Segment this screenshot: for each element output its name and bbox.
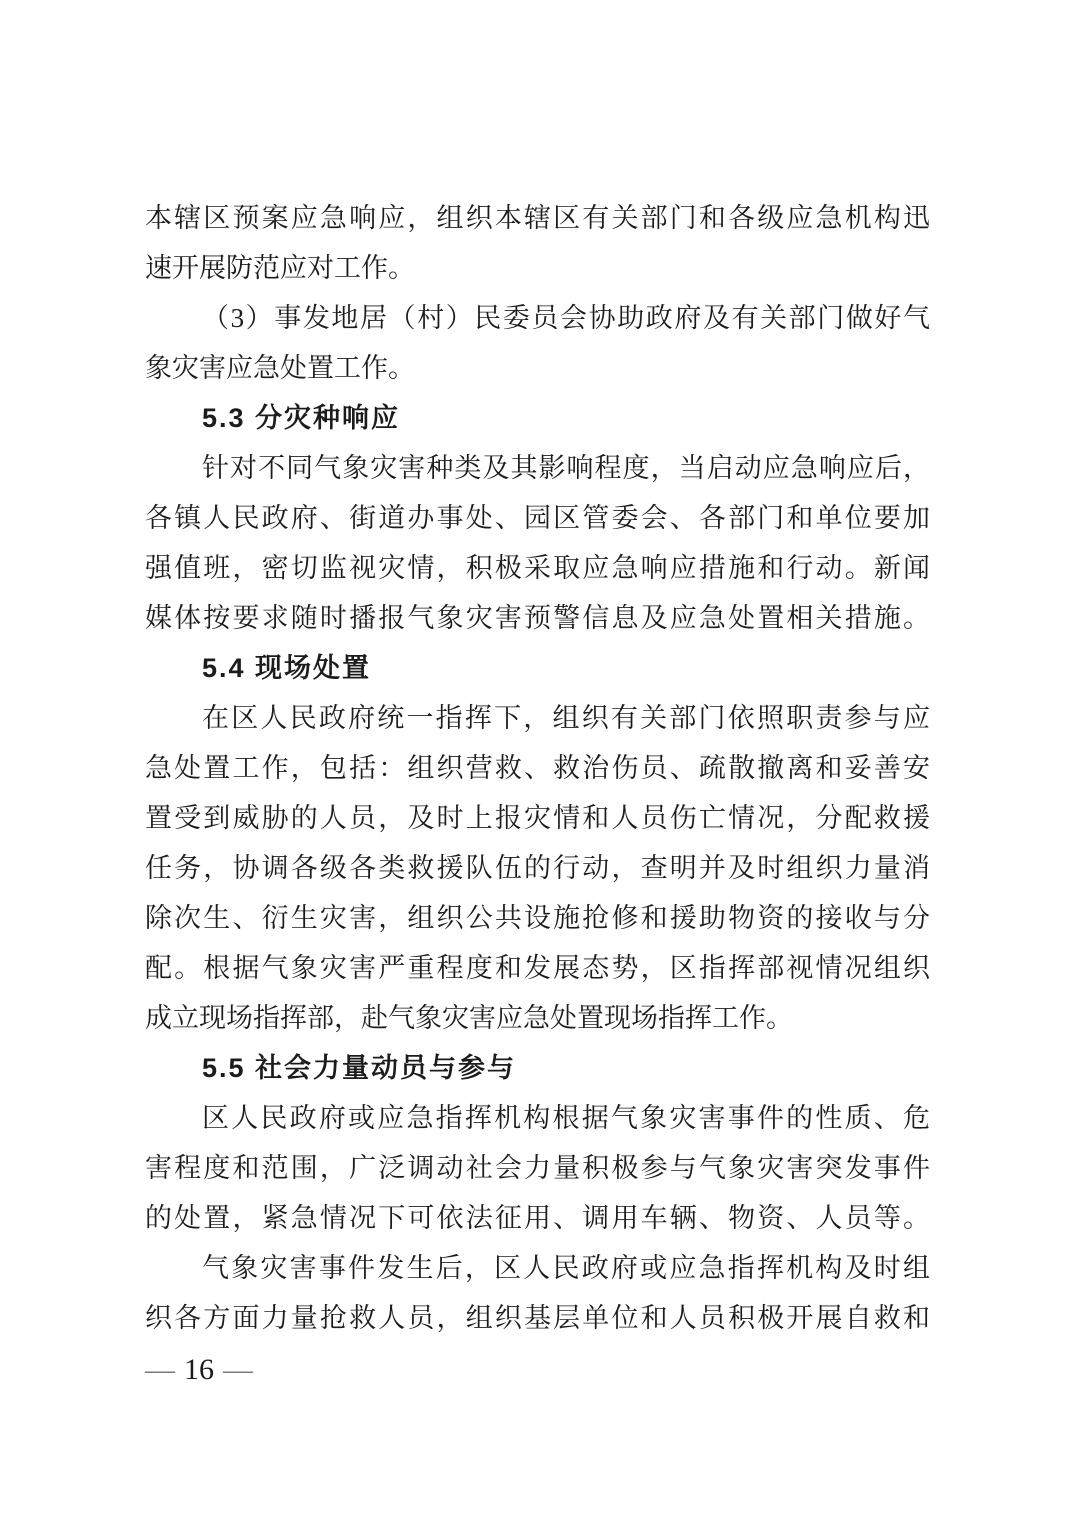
text-line: 各镇人民政府、街道办事处、园区管委会、各部门和单位要加 <box>145 493 930 543</box>
page-body: 本辖区预案应急响应，组织本辖区有关部门和各级应急机构迅 速开展防范应对工作。 （… <box>145 193 930 1343</box>
text-line: 象灾害应急处置工作。 <box>145 343 930 393</box>
text-line: 成立现场指挥部，赴气象灾害应急处置现场指挥工作。 <box>145 993 930 1043</box>
text-line: 速开展防范应对工作。 <box>145 243 930 293</box>
text-line: 本辖区预案应急响应，组织本辖区有关部门和各级应急机构迅 <box>145 193 930 243</box>
text-line: 强值班，密切监视灾情，积极采取应急响应措施和行动。新闻 <box>145 543 930 593</box>
page-footer: — 16 — <box>145 1350 253 1390</box>
text-line: （3）事发地居（村）民委员会协助政府及有关部门做好气 <box>145 293 930 343</box>
text-line: 织各方面力量抢救人员，组织基层单位和人员积极开展自救和 <box>145 1293 930 1343</box>
text-line: 配。根据气象灾害严重程度和发展态势，区指挥部视情况组织 <box>145 943 930 993</box>
text-line: 任务，协调各级各类救援队伍的行动，查明并及时组织力量消 <box>145 843 930 893</box>
footer-dash-left: — <box>145 1350 175 1390</box>
text-line: 在区人民政府统一指挥下，组织有关部门依照职责参与应 <box>145 693 930 743</box>
text-line: 的处置，紧急情况下可依法征用、调用车辆、物资、人员等。 <box>145 1193 930 1243</box>
text-line: 害程度和范围，广泛调动社会力量积极参与气象灾害突发事件 <box>145 1143 930 1193</box>
text-line: 区人民政府或应急指挥机构根据气象灾害事件的性质、危 <box>145 1093 930 1143</box>
section-heading-5-5: 5.5 社会力量动员与参与 <box>145 1043 930 1093</box>
text-line: 针对不同气象灾害种类及其影响程度，当启动应急响应后， <box>145 443 930 493</box>
page-number: 16 <box>184 1350 214 1390</box>
text-line: 急处置工作，包括：组织营救、救治伤员、疏散撤离和妥善安 <box>145 743 930 793</box>
text-line: 置受到威胁的人员，及时上报灾情和人员伤亡情况，分配救援 <box>145 793 930 843</box>
document-page: 本辖区预案应急响应，组织本辖区有关部门和各级应急机构迅 速开展防范应对工作。 （… <box>0 0 1074 1520</box>
section-heading-5-3: 5.3 分灾种响应 <box>145 393 930 443</box>
text-line: 气象灾害事件发生后，区人民政府或应急指挥机构及时组 <box>145 1243 930 1293</box>
footer-dash-right: — <box>223 1350 253 1390</box>
text-line: 除次生、衍生灾害，组织公共设施抢修和援助物资的接收与分 <box>145 893 930 943</box>
text-line: 媒体按要求随时播报气象灾害预警信息及应急处置相关措施。 <box>145 593 930 643</box>
section-heading-5-4: 5.4 现场处置 <box>145 643 930 693</box>
